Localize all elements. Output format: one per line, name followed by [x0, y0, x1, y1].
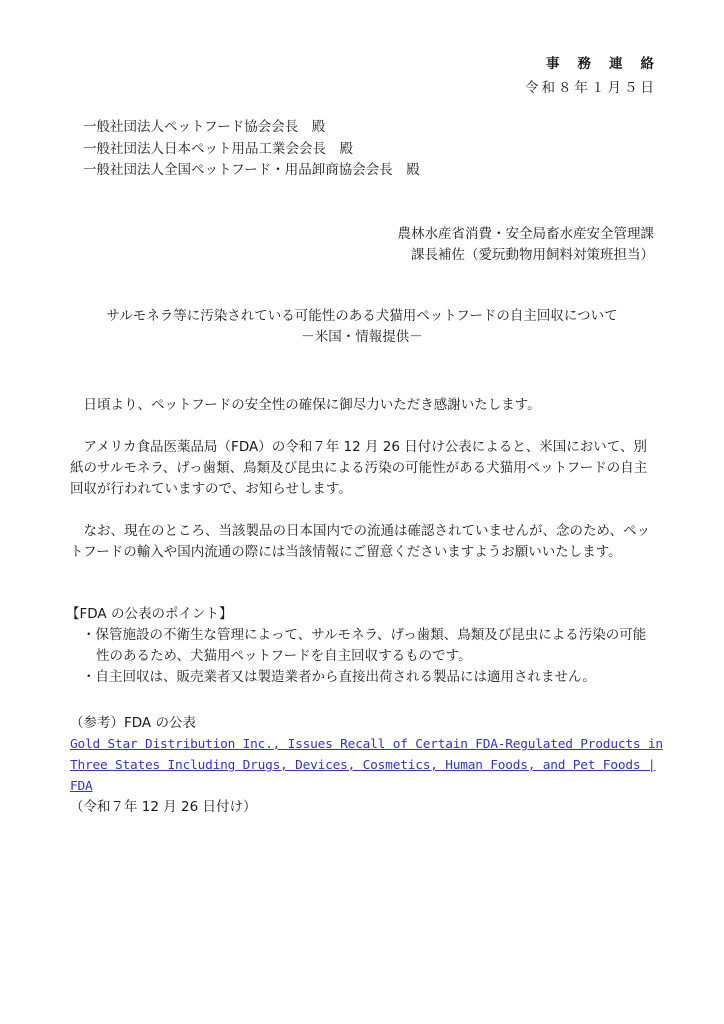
addressee: 一般社団法人全国ペットフード・用品卸商協会会長 殿: [83, 160, 420, 182]
sender-block: 農林水産省消費・安全局畜水産安全管理課 課長補佐（愛玩動物用飼料対策班担当）: [398, 224, 655, 266]
greeting-text: 日頃より、ペットフードの安全性の確保に御尽力いただき感謝いたします。: [70, 395, 660, 416]
paragraph-text: アメリカ食品医薬品局（FDA）の令和７年 12 月 26 日付け公表によると、米…: [70, 437, 660, 500]
link-line[interactable]: Three States Including Drugs, Devices, C…: [70, 758, 655, 794]
addressee: 一般社団法人日本ペット用品工業会会長 殿: [83, 139, 420, 161]
points-heading: 【FDA の公表のポイント】: [66, 604, 656, 625]
fda-recall-link[interactable]: Gold Star Distribution Inc., Issues Reca…: [70, 734, 670, 755]
point-item: ・保管施設の不衛生な管理によって、サルモネラ、げっ歯類、鳥類及び昆虫による汚染の…: [66, 625, 656, 667]
sender-department: 農林水産省消費・安全局畜水産安全管理課: [398, 224, 655, 245]
addressee: 一般社団法人ペットフード協会会長 殿: [83, 117, 420, 139]
link-line[interactable]: Gold Star Distribution Inc., Issues Reca…: [70, 737, 663, 752]
document-page: 事務連絡 令和８年１月５日 一般社団法人ペットフード協会会長 殿 一般社団法人日…: [0, 0, 724, 1024]
reference-label: （参考）FDA の公表: [70, 713, 670, 734]
point-item: ・自主回収は、販売業者又は製造業者から直接出荷される製品には適用されません。: [66, 667, 656, 688]
notice-date: 令和８年１月５日: [525, 76, 657, 96]
body-paragraph-1: アメリカ食品医薬品局（FDA）の令和７年 12 月 26 日付け公表によると、米…: [70, 437, 660, 500]
paragraph-text: なお、現在のところ、当該製品の日本国内での流通は確認されていませんが、念のため、…: [70, 521, 660, 563]
fda-recall-link[interactable]: Three States Including Drugs, Devices, C…: [70, 755, 670, 797]
greeting-paragraph: 日頃より、ペットフードの安全性の確保に御尽力いただき感謝いたします。: [70, 395, 660, 416]
fda-points-section: 【FDA の公表のポイント】 ・保管施設の不衛生な管理によって、サルモネラ、げっ…: [66, 604, 656, 688]
reference-section: （参考）FDA の公表 Gold Star Distribution Inc.,…: [70, 713, 670, 818]
sender-title: 課長補佐（愛玩動物用飼料対策班担当）: [398, 245, 655, 266]
notice-type: 事務連絡: [546, 52, 672, 72]
addressee-list: 一般社団法人ペットフード協会会長 殿 一般社団法人日本ペット用品工業会会長 殿 …: [83, 117, 420, 182]
subject-block: サルモネラ等に汚染されている可能性のある犬猫用ペットフードの自主回収について －…: [0, 306, 724, 348]
subject-subtitle: －米国・情報提供－: [0, 327, 724, 348]
reference-date: （令和７年 12 月 26 日付け）: [70, 797, 670, 818]
body-paragraph-2: なお、現在のところ、当該製品の日本国内での流通は確認されていませんが、念のため、…: [70, 521, 660, 563]
subject-title: サルモネラ等に汚染されている可能性のある犬猫用ペットフードの自主回収について: [0, 306, 724, 327]
